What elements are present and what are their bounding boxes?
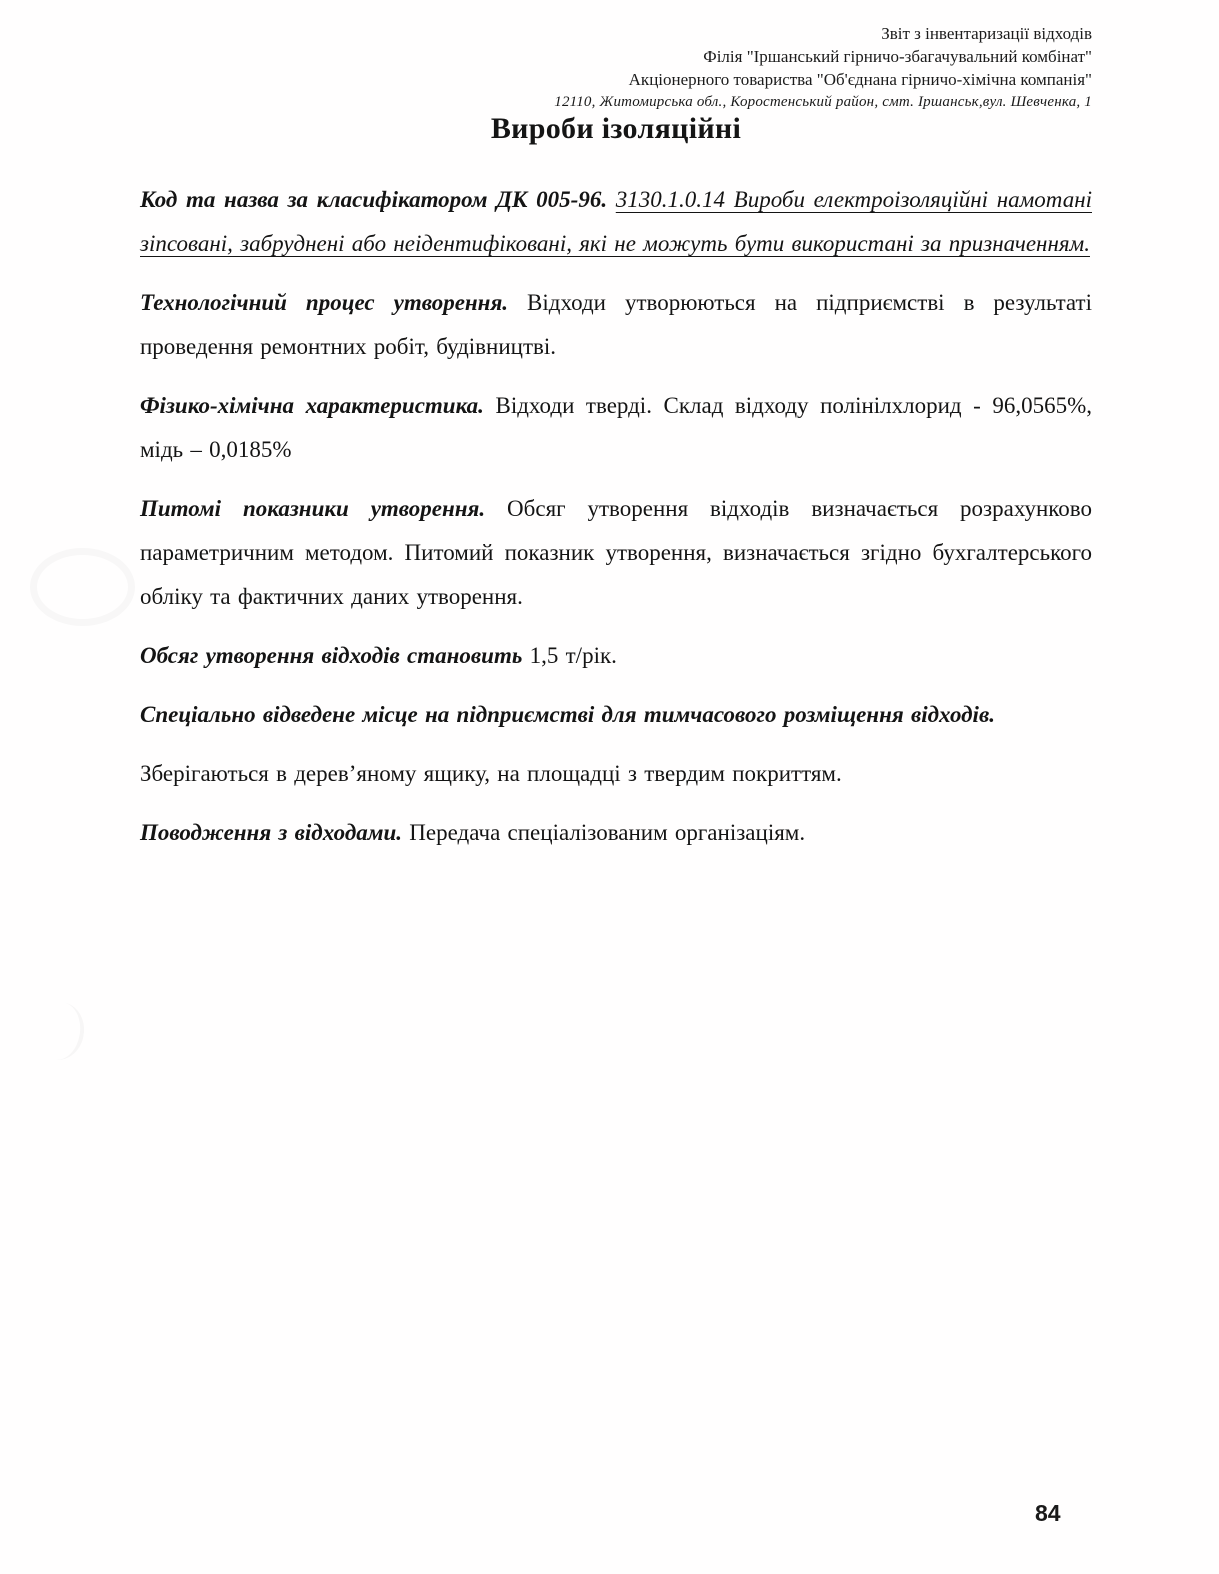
paragraph-handling: Поводження з відходами. Передача спеціал… [140,811,1092,855]
paragraph-process: Технологічний процес утворення. Відходи … [140,281,1092,369]
paragraph-lead: Фізико-хімічна характеристика. [140,393,484,418]
paragraph-physchem: Фізико-хімічна характеристика. Відходи т… [140,384,1092,472]
paragraph-lead: Спеціально відведене місце на підприємст… [140,702,995,727]
paragraph-lead: Питомі показники утворення. [140,496,485,521]
document-body: Вироби ізоляційні Код та назва за класиф… [140,0,1092,870]
page-number: 84 [1035,1500,1061,1527]
scan-artifact [30,999,88,1063]
paragraph-lead: Обсяг утворення відходів становить [140,643,522,668]
paragraph-storage-details: Зберігаються в дерев’яному ящику, на пло… [140,752,1092,796]
paragraph-text: 1,5 т/рік. [530,643,617,668]
paragraph-lead: Технологічний процес утворення. [140,290,508,315]
paragraph-storage-place: Спеціально відведене місце на підприємст… [140,693,1092,737]
paragraph-classification-code: Код та назва за класифікатором ДК 005-96… [140,178,1092,266]
scan-artifact [30,548,135,626]
page-title: Вироби ізоляційні [140,112,1092,146]
paragraph-text: Передача спеціалізованим організаціям. [409,820,805,845]
paragraph-volume: Обсяг утворення відходів становить 1,5 т… [140,634,1092,678]
paragraph-specific-indicators: Питомі показники утворення. Обсяг утворе… [140,487,1092,619]
document-page: Звіт з інвентаризації відходів Філія "Ір… [0,0,1219,1574]
paragraph-lead: Поводження з відходами. [140,820,402,845]
paragraph-text: Зберігаються в дерев’яному ящику, на пло… [140,761,842,786]
paragraph-lead: Код та назва за класифікатором ДК 005-96… [140,187,607,212]
